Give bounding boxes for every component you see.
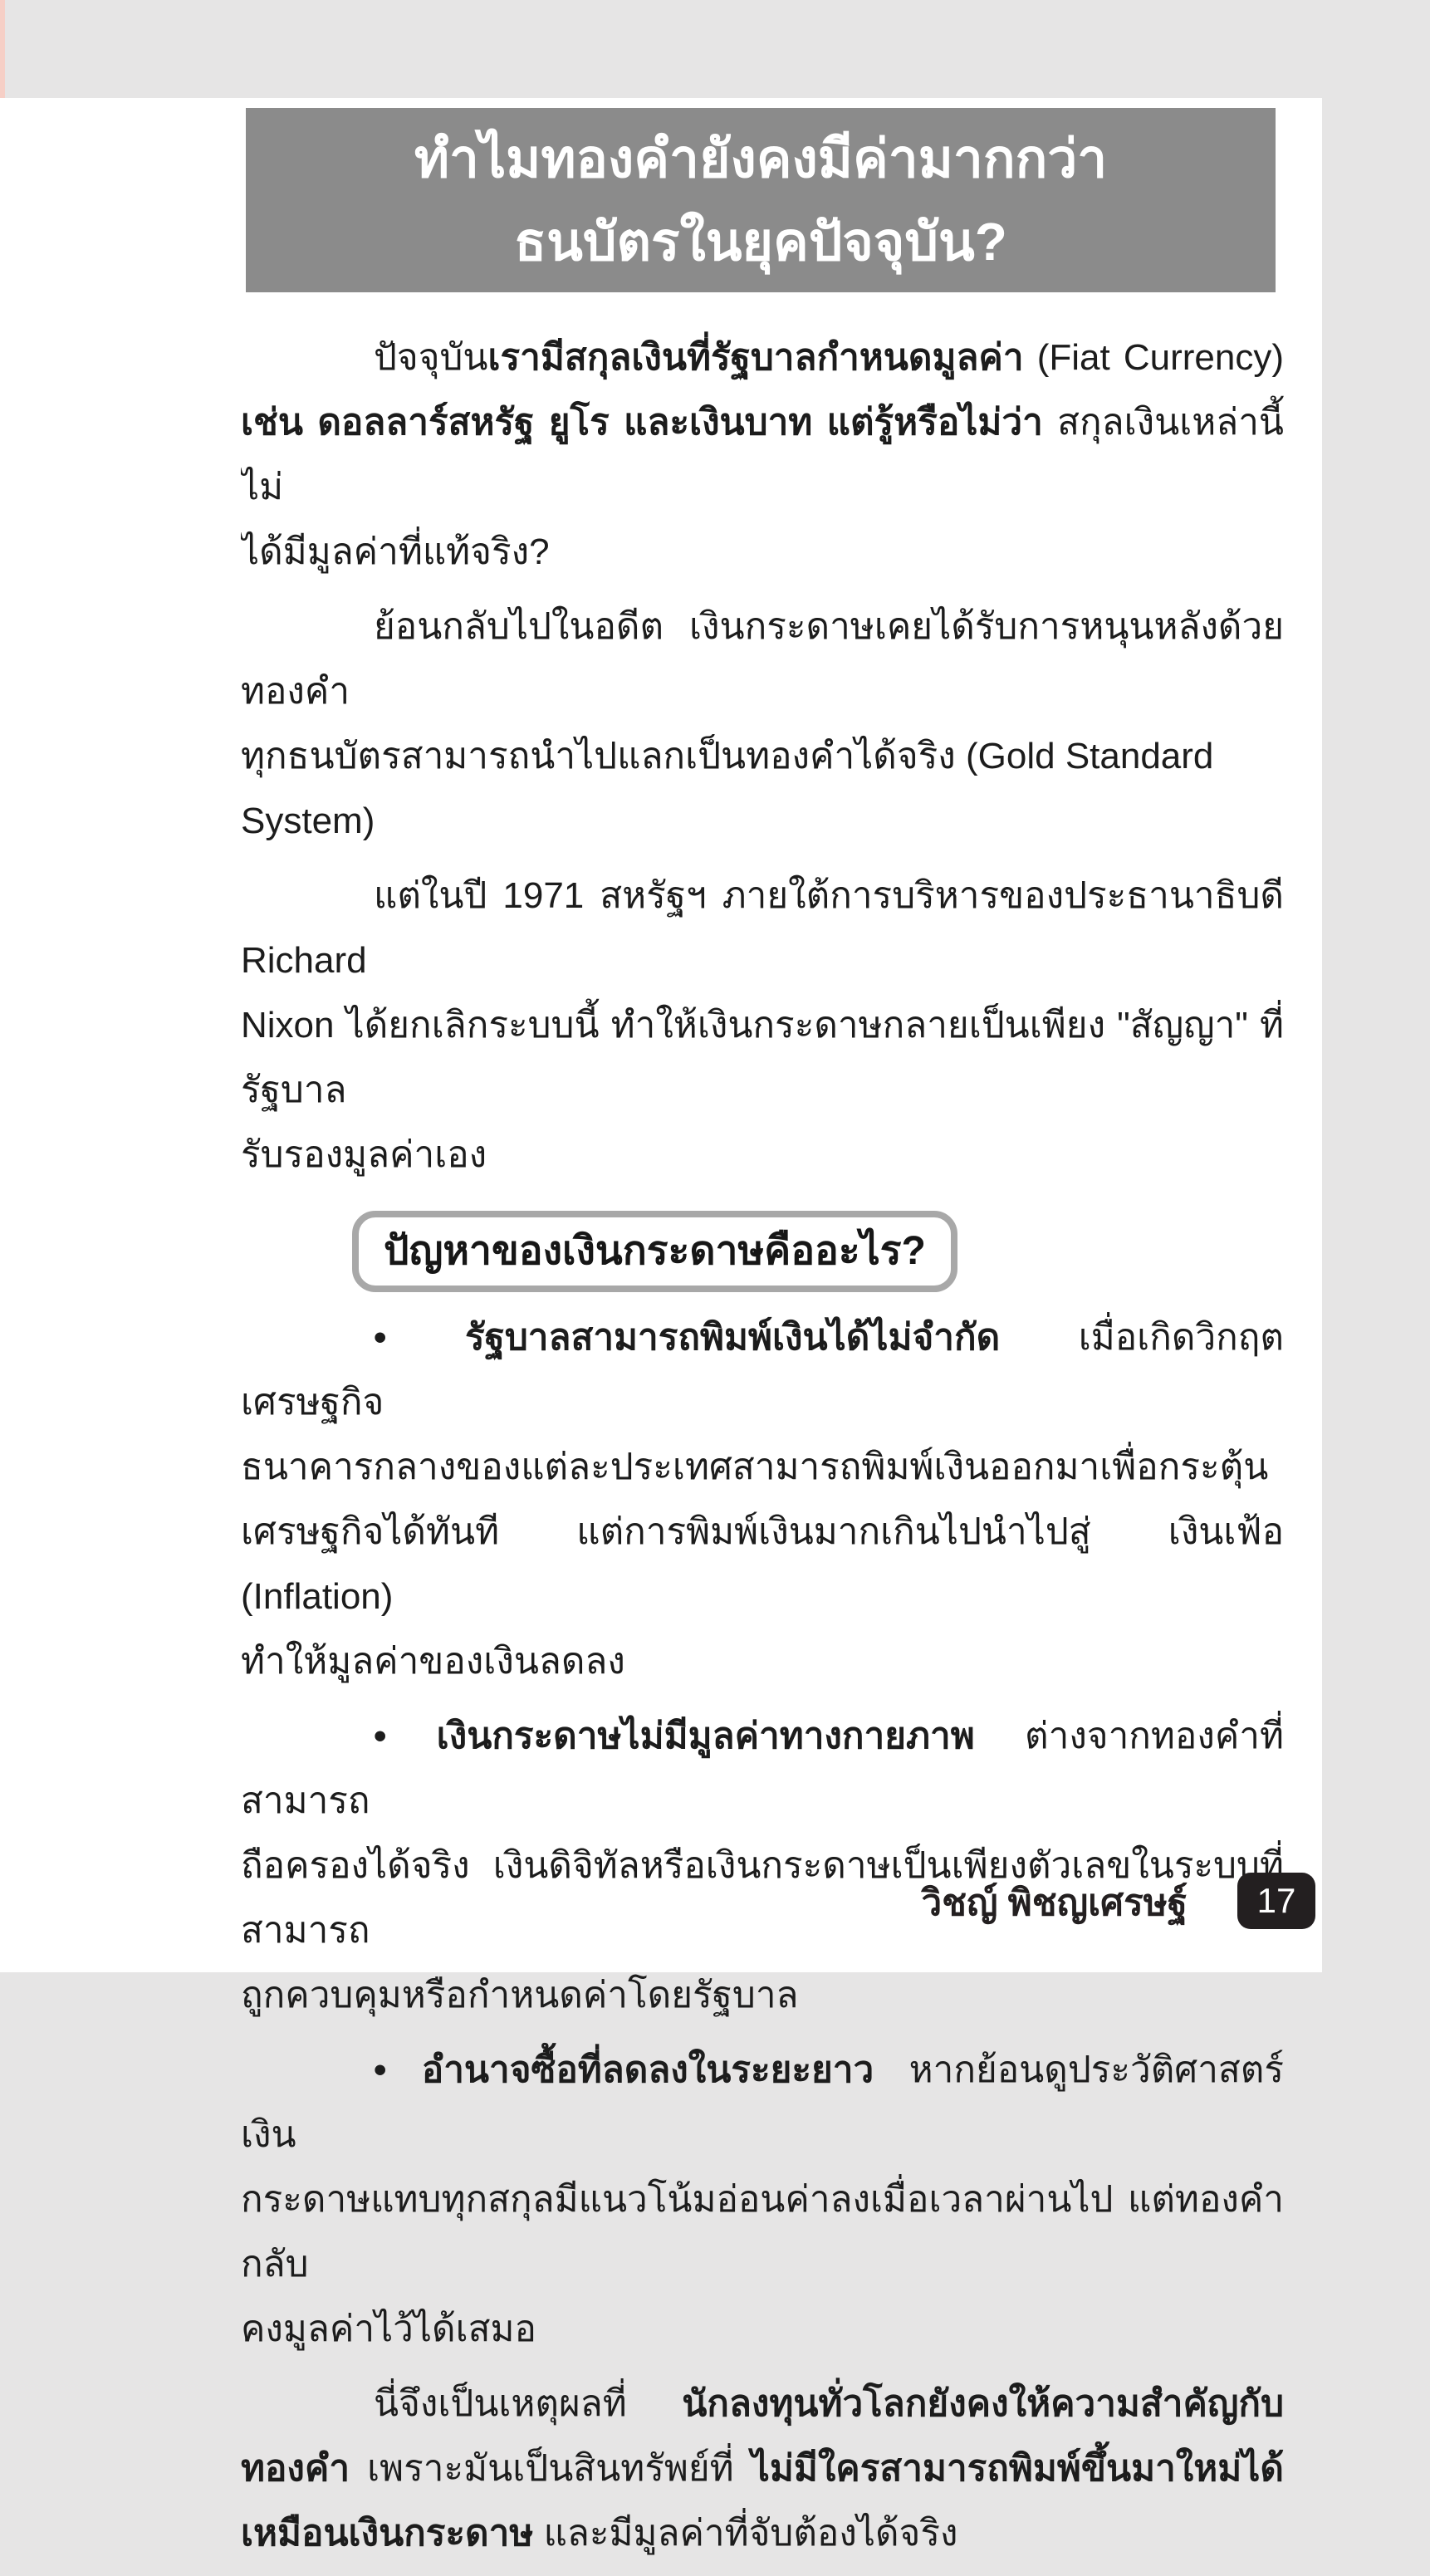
body-line: ธนาคารกลางของแต่ละประเทศสามารถพิมพ์เงินอ…	[241, 1435, 1284, 1500]
text-run-bold: เช่น ดอลลาร์สหรัฐ ยูโร และเงินบาท แต่รู้…	[241, 402, 1043, 443]
text-run-bold: เรามีสกุลเงินที่รัฐบาลกำหนดมูลค่า	[488, 337, 1024, 378]
page-title: ธนบัตรในยุคปัจจุบัน?	[514, 200, 1007, 283]
body-line: • รัฐบาลสามารถพิมพ์เงินได้ไม่จำกัด เมื่อ…	[241, 1305, 1284, 1435]
text-run: ทำให้มูลค่าของเงินลดลง	[241, 1641, 625, 1682]
paragraph: ปัจจุบันเรามีสกุลเงินที่รัฐบาลกำหนดมูลค่…	[241, 326, 1284, 585]
paragraph: นี่จึงเป็นเหตุผลที่ นักลงทุนทั่วโลกยังคง…	[241, 2372, 1284, 2566]
body-line: นี่จึงเป็นเหตุผลที่ นักลงทุนทั่วโลกยังคง…	[241, 2372, 1284, 2436]
text-run: คงมูลค่าไว้ได้เสมอ	[241, 2309, 536, 2349]
bullet-paragraph: • รัฐบาลสามารถพิมพ์เงินได้ไม่จำกัด เมื่อ…	[241, 1305, 1284, 1694]
body-line: ถูกควบคุมหรือกำหนดค่าโดยรัฐบาล	[241, 1963, 1284, 2028]
body-line: กระดาษแทบทุกสกุลมีแนวโน้มอ่อนค่าลงเมื่อเ…	[241, 2167, 1284, 2297]
text-run: แต่ในปี 1971 สหรัฐฯ ภายใต้การบริหารของปร…	[241, 875, 1284, 981]
body-line: • เงินกระดาษไม่มีมูลค่าทางกายภาพ ต่างจาก…	[241, 1704, 1284, 1834]
text-run: Nixon ได้ยกเลิกระบบนี้ ทำให้เงินกระดาษกล…	[241, 1005, 1284, 1110]
text-run: ปัจจุบัน	[374, 337, 488, 378]
paragraph: ย้อนกลับไปในอดีต เงินกระดาษเคยได้รับการห…	[241, 595, 1284, 854]
page-title: ทำไมทองคำยังคงมีค่ามากกว่า	[414, 117, 1107, 200]
body-line: เช่น ดอลลาร์สหรัฐ ยูโร และเงินบาท แต่รู้…	[241, 390, 1284, 520]
text-run-bold: นักลงทุนทั่วโลกยังคงให้ความสำคัญกับ	[682, 2383, 1284, 2424]
book-page: ทำไมทองคำยังคงมีค่ามากกว่า ธนบัตรในยุคปั…	[0, 98, 1322, 1972]
body-line: เหมือนเงินกระดาษ และมีมูลค่าที่จับต้องได…	[241, 2501, 1284, 2566]
paragraph: แต่ในปี 1971 สหรัฐฯ ภายใต้การบริหารของปร…	[241, 864, 1284, 1188]
text-run-bold: เหมือนเงินกระดาษ	[241, 2513, 533, 2554]
body-line: คงมูลค่าไว้ได้เสมอ	[241, 2297, 1284, 2362]
text-run: ถูกควบคุมหรือกำหนดค่าโดยรัฐบาล	[241, 1975, 799, 2015]
body-line: ทองคำ เพราะมันเป็นสินทรัพย์ที่ ไม่มีใครส…	[241, 2436, 1284, 2501]
body-text-column: ปัจจุบันเรามีสกุลเงินที่รัฐบาลกำหนดมูลค่…	[241, 326, 1284, 2576]
text-run: และมีมูลค่าที่จับต้องได้จริง	[533, 2513, 957, 2554]
text-run: ทุกธนบัตรสามารถนำไปแลกเป็นทองคำได้จริง (…	[241, 736, 1224, 841]
text-run-bold: ไม่มีใครสามารถพิมพ์ขึ้นมาใหม่ได้	[752, 2448, 1284, 2489]
chapter-title-banner: ทำไมทองคำยังคงมีค่ามากกว่า ธนบัตรในยุคปั…	[246, 108, 1276, 292]
footer-author: วิชญ์ พิชญเศรษฐ์	[921, 1878, 1188, 1928]
text-run: ธนาคารกลางของแต่ละประเทศสามารถพิมพ์เงินอ…	[241, 1447, 1268, 1487]
text-run-bold: • เงินกระดาษไม่มีมูลค่าทางกายภาพ	[374, 1716, 975, 1756]
page-number-badge: 17	[1237, 1873, 1315, 1929]
text-run: (Fiat Currency)	[1024, 337, 1284, 378]
text-run: ย้อนกลับไปในอดีต เงินกระดาษเคยได้รับการห…	[241, 606, 1284, 712]
text-run: เพราะมันเป็นสินทรัพย์ที่	[350, 2448, 752, 2489]
text-run: เศรษฐกิจได้ทันที แต่การพิมพ์เงินมากเกินไ…	[241, 1511, 1284, 1617]
section-heading: ปัญหาของเงินกระดาษคืออะไร?	[384, 1224, 926, 1279]
body-line: แต่ในปี 1971 สหรัฐฯ ภายใต้การบริหารของปร…	[241, 864, 1284, 993]
body-line: • อำนาจซื้อที่ลดลงในระยะยาว หากย้อนดูประ…	[241, 2038, 1284, 2167]
bullet-paragraph: • เงินกระดาษไม่มีมูลค่าทางกายภาพ ต่างจาก…	[241, 1704, 1284, 2028]
body-line: ได้มีมูลค่าที่แท้จริง?	[241, 520, 1284, 585]
text-run: นี่จึงเป็นเหตุผลที่	[374, 2383, 682, 2424]
text-run: รับรองมูลค่าเอง	[241, 1134, 487, 1175]
text-run-bold: • รัฐบาลสามารถพิมพ์เงินได้ไม่จำกัด	[374, 1317, 1000, 1358]
text-run: กระดาษแทบทุกสกุลมีแนวโน้มอ่อนค่าลงเมื่อเ…	[241, 2179, 1284, 2285]
body-line: เศรษฐกิจได้ทันที แต่การพิมพ์เงินมากเกินไ…	[241, 1500, 1284, 1629]
section-heading-box: ปัญหาของเงินกระดาษคืออะไร?	[352, 1211, 957, 1292]
bullet-paragraph: • อำนาจซื้อที่ลดลงในระยะยาว หากย้อนดูประ…	[241, 2038, 1284, 2362]
scanned-book-page: { "page": { "title_line1": "ทำไมทองคำยัง…	[0, 0, 1430, 2055]
scan-edge-artifact	[0, 0, 5, 98]
body-line: ปัจจุบันเรามีสกุลเงินที่รัฐบาลกำหนดมูลค่…	[241, 326, 1284, 390]
body-line: รับรองมูลค่าเอง	[241, 1123, 1284, 1188]
body-line: ย้อนกลับไปในอดีต เงินกระดาษเคยได้รับการห…	[241, 595, 1284, 724]
text-run: ได้มีมูลค่าที่แท้จริง?	[241, 531, 550, 572]
text-run-bold: ทองคำ	[241, 2448, 350, 2489]
text-run-bold: • อำนาจซื้อที่ลดลงในระยะยาว	[374, 2050, 874, 2090]
body-line: ทุกธนบัตรสามารถนำไปแลกเป็นทองคำได้จริง (…	[241, 724, 1284, 854]
body-line: ทำให้มูลค่าของเงินลดลง	[241, 1629, 1284, 1694]
body-line: Nixon ได้ยกเลิกระบบนี้ ทำให้เงินกระดาษกล…	[241, 993, 1284, 1123]
